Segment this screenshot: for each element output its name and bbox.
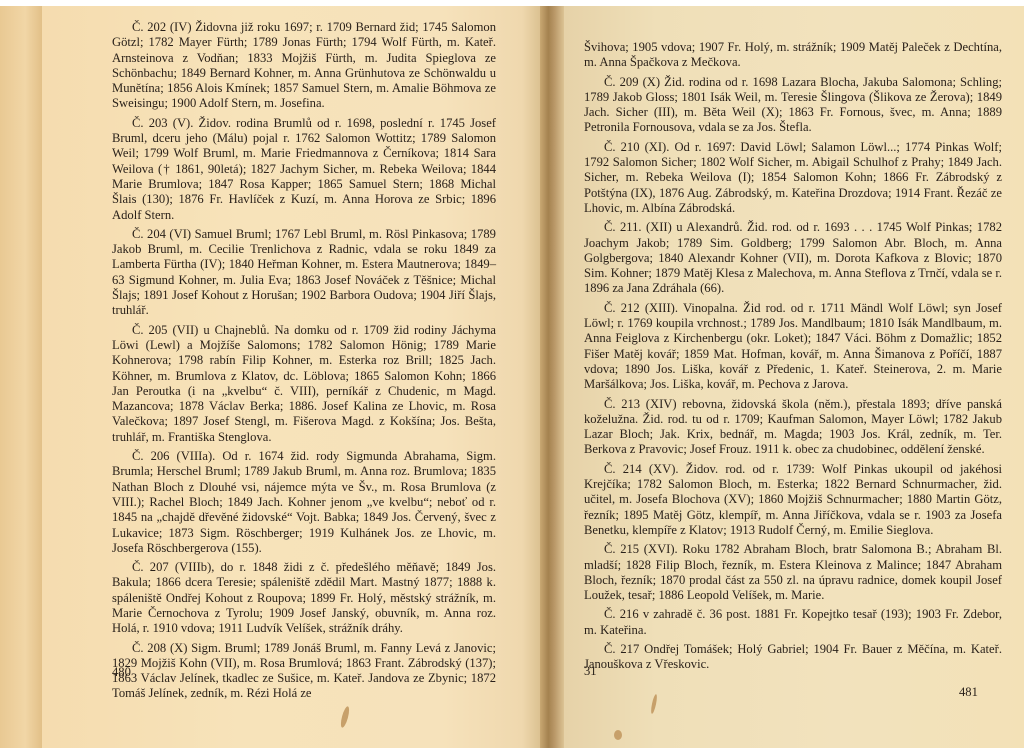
book-gutter — [540, 6, 564, 748]
paper-speck — [614, 730, 622, 740]
page-number-right: 481 — [959, 685, 978, 700]
entry-207: Č. 207 (VIIIb), do r. 1848 židi z č. pře… — [112, 560, 496, 636]
entry-208: Č. 208 (X) Sigm. Bruml; 1789 Jonáš Bruml… — [112, 641, 496, 702]
entry-continuation: Švihova; 1905 vdova; 1907 Fr. Holý, m. s… — [584, 40, 1002, 71]
printer-signature-mark: 31 — [584, 664, 597, 679]
right-page-text: Švihova; 1905 vdova; 1907 Fr. Holý, m. s… — [584, 40, 1002, 677]
entry-217: Č. 217 Ondřej Tomášek; Holý Gabriel; 190… — [584, 642, 1002, 673]
entry-202: Č. 202 (IV) Židovna již roku 1697; r. 17… — [112, 20, 496, 112]
entry-205: Č. 205 (VII) u Chajneblů. Na domku od r.… — [112, 323, 496, 445]
entry-206: Č. 206 (VIIIa). Od r. 1674 žid. rody Sig… — [112, 449, 496, 556]
book-spread: Č. 202 (IV) Židovna již roku 1697; r. 17… — [0, 6, 1024, 748]
entry-203: Č. 203 (V). Židov. rodina Brumlů od r. 1… — [112, 116, 496, 223]
entry-204: Č. 204 (VI) Samuel Bruml; 1767 Lebl Brum… — [112, 227, 496, 319]
left-page: Č. 202 (IV) Židovna již roku 1697; r. 17… — [42, 6, 542, 748]
entry-216: Č. 216 v zahradě č. 36 post. 1881 Fr. Ko… — [584, 607, 1002, 638]
entry-212: Č. 212 (XIII). Vinopalna. Žid rod. od r.… — [584, 301, 1002, 393]
entry-215: Č. 215 (XVI). Roku 1782 Abraham Bloch, b… — [584, 542, 1002, 603]
right-page: Švihova; 1905 vdova; 1907 Fr. Holý, m. s… — [564, 6, 1024, 748]
paper-speck — [650, 694, 658, 714]
entry-210: Č. 210 (XI). Od r. 1697: David Löwl; Sal… — [584, 140, 1002, 216]
entry-213: Č. 213 (XIV) rebovna, židovská škola (ně… — [584, 397, 1002, 458]
paper-speck — [339, 706, 350, 729]
entry-211: Č. 211. (XII) u Alexandrů. Žid. rod. od … — [584, 220, 1002, 296]
page-number-left: 480 — [112, 665, 131, 680]
entry-214: Č. 214 (XV). Židov. rod. od r. 1739: Wol… — [584, 462, 1002, 538]
entry-209: Č. 209 (X) Žid. rodina od r. 1698 Lazara… — [584, 75, 1002, 136]
left-page-text: Č. 202 (IV) Židovna již roku 1697; r. 17… — [112, 20, 496, 706]
page-fold-strip — [0, 6, 44, 748]
